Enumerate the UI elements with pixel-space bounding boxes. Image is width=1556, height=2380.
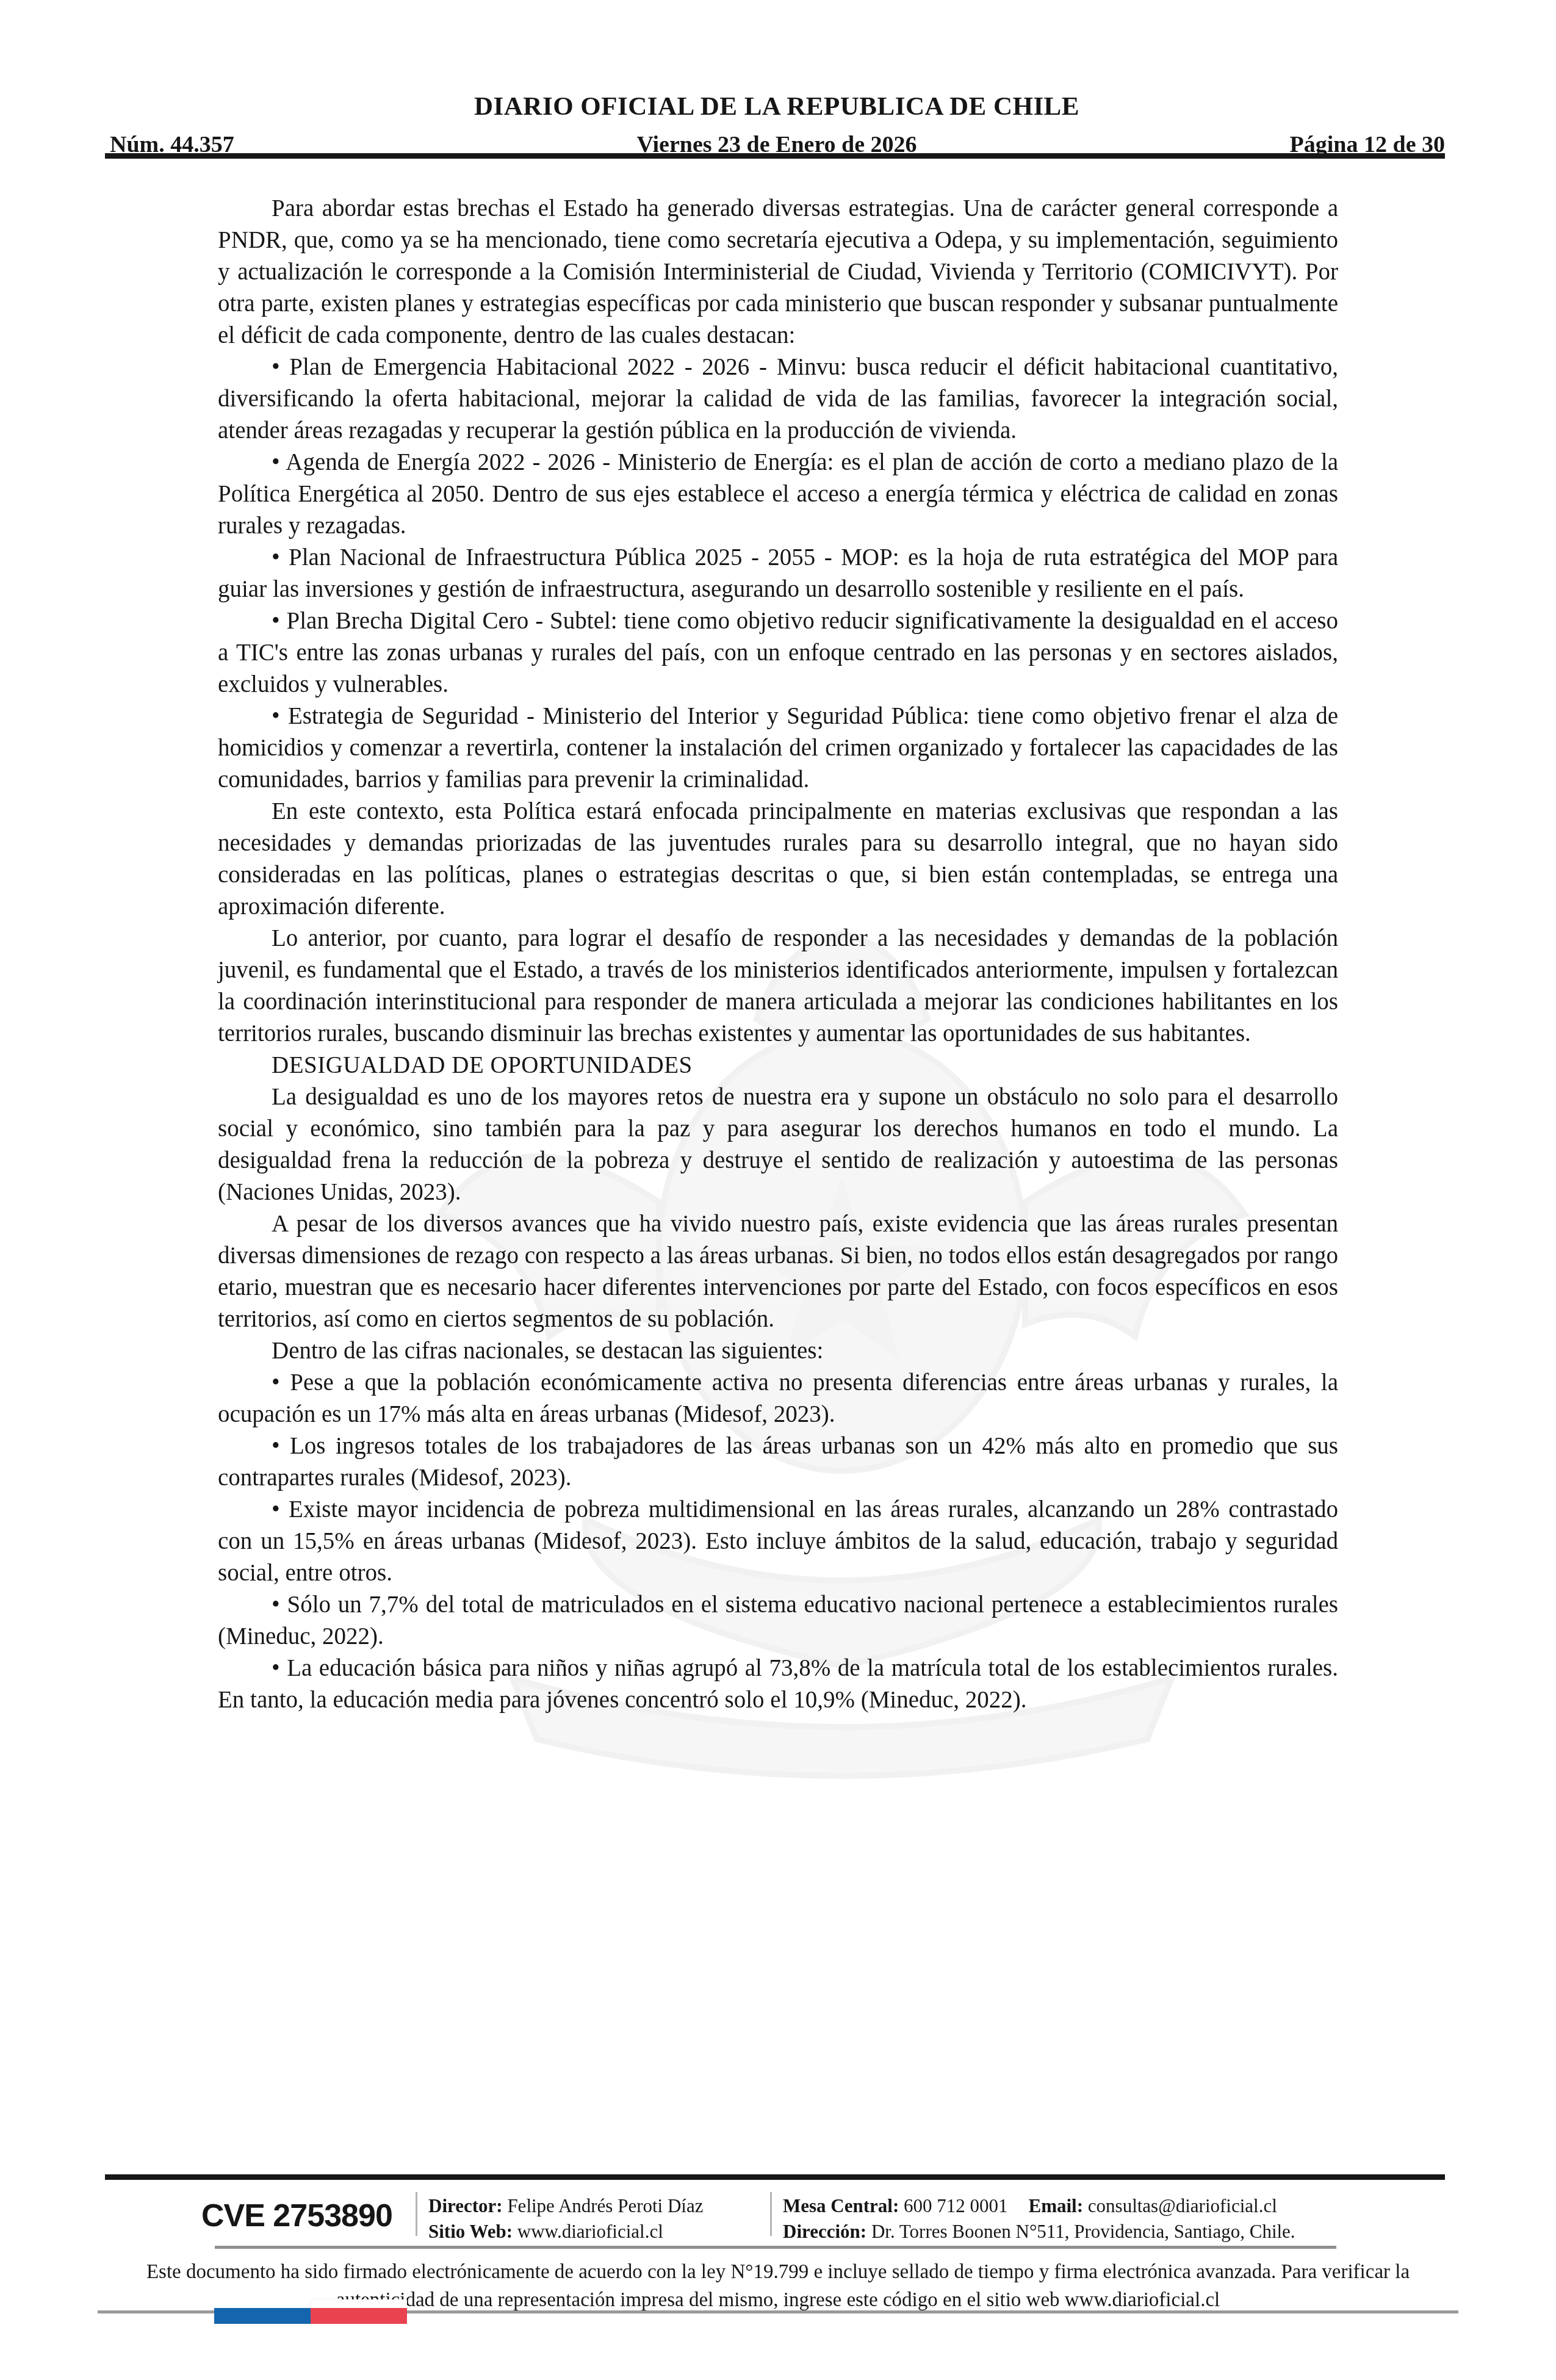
document-body: Para abordar estas brechas el Estado ha … (218, 193, 1338, 1716)
paragraph: Lo anterior, por cuanto, para lograr el … (218, 923, 1338, 1050)
mesa-central-label: Mesa Central: (783, 2195, 899, 2216)
director-line: Director: Felipe Andrés Peroti Díaz (428, 2193, 704, 2219)
bullet-item: • Plan Nacional de Infraestructura Públi… (218, 542, 1338, 605)
bullet-item: • Plan Brecha Digital Cero - Subtel: tie… (218, 605, 1338, 701)
flag-blue-segment (214, 2308, 311, 2324)
sitio-web-label: Sitio Web: (428, 2221, 513, 2242)
footer-director-column: Director: Felipe Andrés Peroti Díaz Siti… (428, 2193, 704, 2245)
paragraph: Para abordar estas brechas el Estado ha … (218, 193, 1338, 352)
masthead: DIARIO OFICIAL DE LA REPUBLICA DE CHILE … (109, 92, 1445, 162)
email-link[interactable]: consultas@diarioficial.cl (1088, 2195, 1277, 2216)
cve-code: CVE 2753890 (201, 2198, 392, 2234)
direccion-value: Dr. Torres Boonen N°511, Providencia, Sa… (871, 2221, 1295, 2242)
bullet-item: • Existe mayor incidencia de pobreza mul… (218, 1494, 1338, 1589)
chile-flag-logo (214, 2299, 407, 2324)
email-label: Email: (1029, 2195, 1084, 2216)
contact-line: Mesa Central: 600 712 0001Email: consult… (783, 2193, 1295, 2219)
bullet-item: • Pese a que la población económicamente… (218, 1367, 1338, 1430)
mesa-central: Mesa Central: 600 712 0001 (783, 2195, 1008, 2216)
email: Email: consultas@diarioficial.cl (1029, 2195, 1277, 2216)
bullet-item: • Estrategia de Seguridad - Ministerio d… (218, 701, 1338, 796)
paragraph: En este contexto, esta Política estará e… (218, 796, 1338, 923)
paragraph: A pesar de los diversos avances que ha v… (218, 1208, 1338, 1335)
bullet-item: • Plan de Emergencia Habitacional 2022 -… (218, 352, 1338, 447)
bullet-item: • Los ingresos totales de los trabajador… (218, 1430, 1338, 1494)
bullet-item: • Agenda de Energía 2022 - 2026 - Minist… (218, 447, 1338, 542)
footer-rule-top (105, 2174, 1445, 2180)
sitio-line: Sitio Web: www.diarioficial.cl (428, 2219, 704, 2245)
section-heading: DESIGUALDAD DE OPORTUNIDADES (218, 1050, 1338, 1081)
sitio-web-link[interactable]: www.diarioficial.cl (517, 2221, 663, 2242)
director-value: Felipe Andrés Peroti Díaz (507, 2195, 703, 2216)
flag-red-segment (311, 2308, 407, 2324)
footer-contact-column: Mesa Central: 600 712 0001Email: consult… (783, 2193, 1295, 2245)
document-page: DIARIO OFICIAL DE LA REPUBLICA DE CHILE … (0, 0, 1556, 2380)
paragraph: Dentro de las cifras nacionales, se dest… (218, 1335, 1338, 1367)
paragraph: La desigualdad es uno de los mayores ret… (218, 1081, 1338, 1208)
footer-divider (416, 2192, 417, 2236)
bullet-item: • La educación básica para niños y niñas… (218, 1653, 1338, 1716)
footer-divider (770, 2192, 772, 2236)
direccion-label: Dirección: (783, 2221, 866, 2242)
masthead-title: DIARIO OFICIAL DE LA REPUBLICA DE CHILE (109, 92, 1445, 121)
footer-rule-mid (215, 2246, 1336, 2249)
bullet-item: • Sólo un 7,7% del total de matriculados… (218, 1589, 1338, 1653)
mesa-central-value: 600 712 0001 (904, 2195, 1008, 2216)
header-rule (105, 153, 1445, 159)
director-label: Director: (428, 2195, 503, 2216)
direccion-line: Dirección: Dr. Torres Boonen N°511, Prov… (783, 2219, 1295, 2245)
